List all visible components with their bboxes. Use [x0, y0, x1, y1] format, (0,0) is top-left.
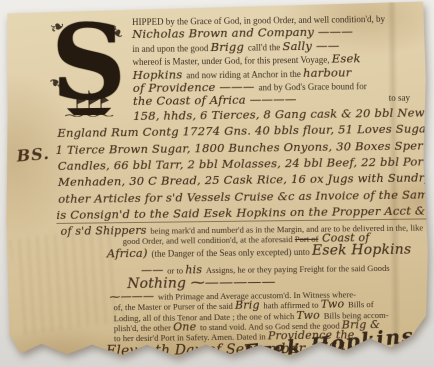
text-segment: or to	[167, 265, 185, 275]
document-paper-wrap: BS. ❧ ❧ ❧ S	[4, 0, 429, 363]
text-segment: Two	[296, 308, 323, 321]
text-segment: and by God's Grace bound for	[258, 81, 366, 92]
text-segment: Esek	[332, 51, 361, 65]
text-segment: to say	[389, 92, 410, 105]
text-segment: Esek Hopkins	[312, 241, 412, 258]
document-line: —— or to his Assigns, he or they paying …	[141, 262, 422, 276]
text-segment: Hopkins	[133, 67, 187, 82]
drop-cap-ornament: ❧ ❧ ❧ S	[50, 18, 127, 119]
document-body: ❧ ❧ ❧ S HIPPED	[4, 0, 429, 363]
text-segment: Africa)	[107, 245, 152, 260]
text-segment: Two	[321, 298, 348, 311]
text-segment: Brigg	[211, 39, 248, 53]
text-segment: in and upon the good	[132, 43, 210, 54]
document-line: is Consign'd to the Said Esek Hopkins on…	[56, 204, 421, 225]
text-segment: Sally ——	[282, 38, 339, 53]
scan-background: BS. ❧ ❧ ❧ S	[0, 0, 434, 367]
text-segment: Assigns, he or they paying Freight for t…	[206, 263, 390, 275]
text-segment: call'd the	[248, 42, 283, 52]
text-segment: Brig	[235, 299, 264, 312]
text-segment: 158, hhds, 6 Tierces, 8 Gang cask & 20 b…	[133, 105, 425, 123]
text-segment: and now riding at Anchor in the	[186, 69, 303, 80]
text-segment: Bills of	[348, 299, 374, 309]
text-segment: his	[185, 263, 206, 276]
document-paper: BS. ❧ ❧ ❧ S	[4, 0, 429, 363]
text-segment: the Coast of Africa ————	[133, 92, 297, 108]
text-segment: (the Danger of the Seas only excepted) u…	[151, 246, 312, 258]
text-segment: harbour	[303, 65, 352, 80]
ship-engraving-icon	[64, 88, 114, 117]
text-segment: ——	[141, 264, 167, 277]
